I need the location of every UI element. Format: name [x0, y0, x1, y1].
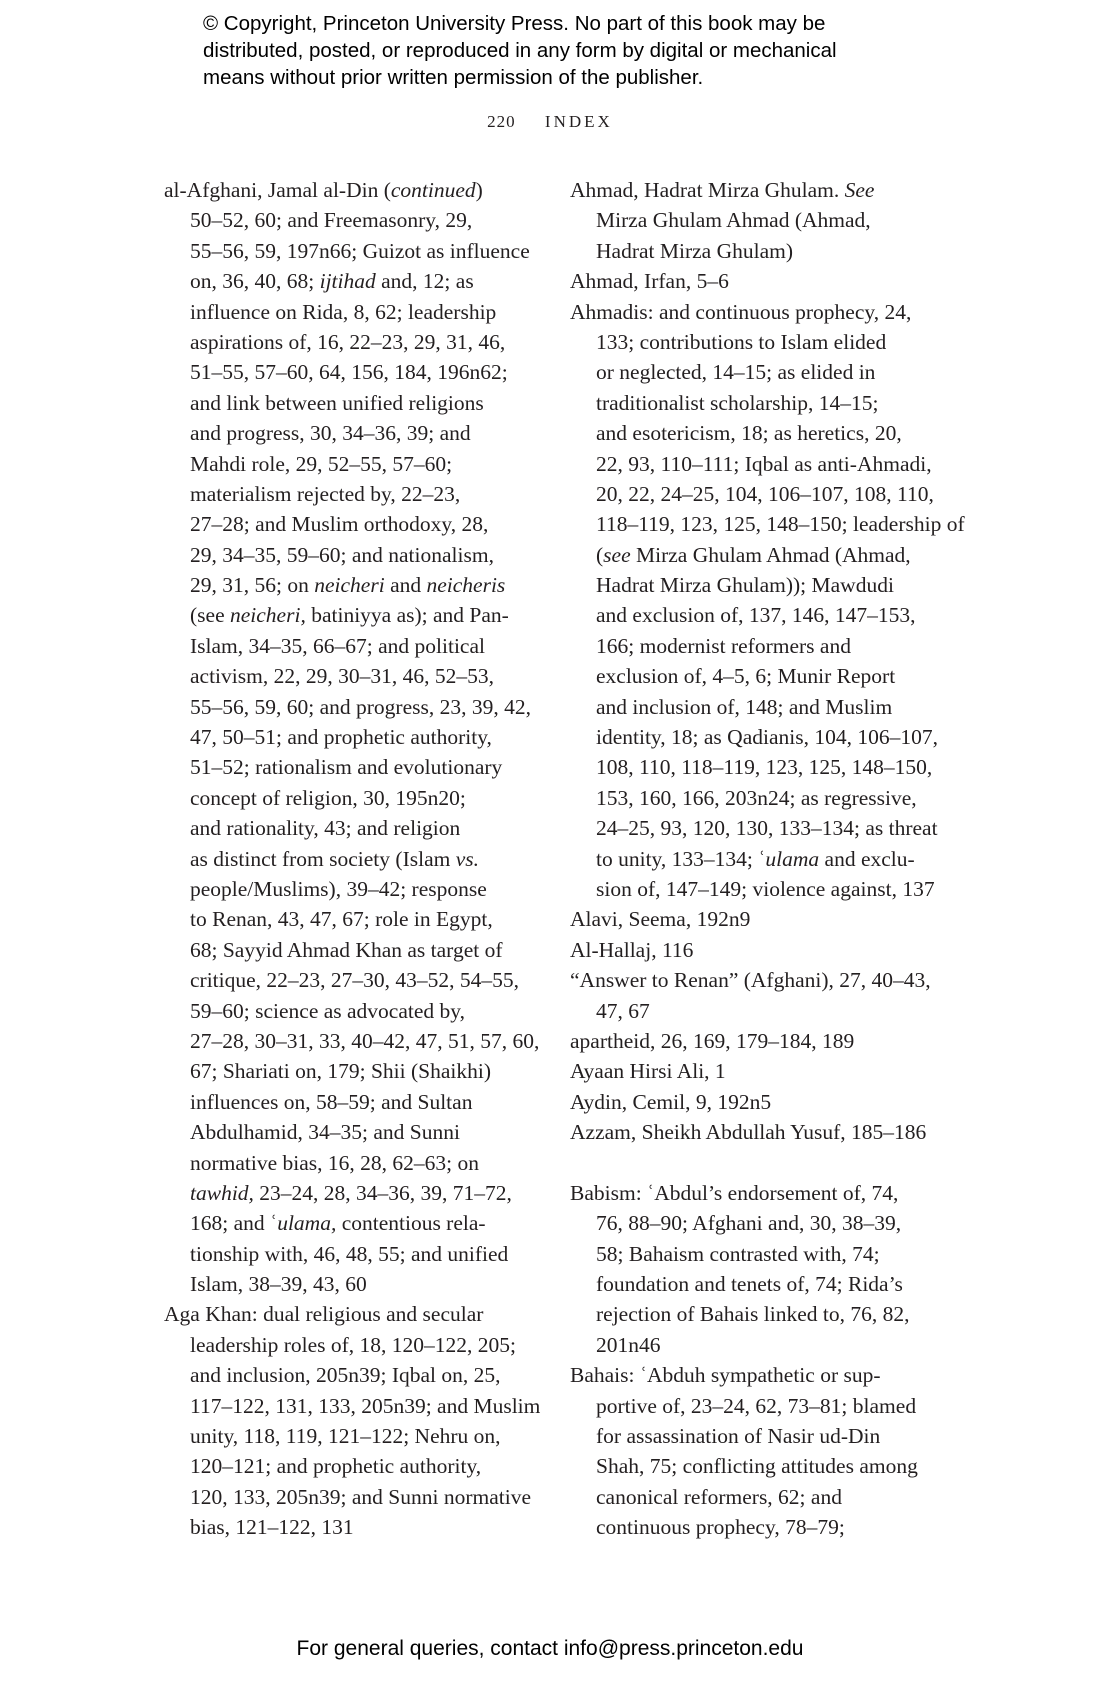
- index-entry-heading-line: Ahmadis: and continuous prophecy, 24,: [570, 297, 950, 327]
- index-entry-subline: as distinct from society (Islam vs.: [164, 844, 534, 874]
- index-entry-subline: (see Mirza Ghulam Ahmad (Ahmad,: [570, 540, 950, 570]
- index-entry: apartheid, 26, 169, 179–184, 189: [570, 1026, 950, 1056]
- index-entry-subline: identity, 18; as Qadianis, 104, 106–107,: [570, 722, 950, 752]
- index-entry-subline: 67; Shariati on, 179; Shii (Shaikhi): [164, 1056, 534, 1086]
- index-entry-subline: activism, 22, 29, 30–31, 46, 52–53,: [164, 661, 534, 691]
- index-entry-subline: 55–56, 59, 60; and progress, 23, 39, 42,: [164, 692, 534, 722]
- index-entry-subline: to unity, 133–134; ʿulama and exclu-: [570, 844, 950, 874]
- index-entry-subline: traditionalist scholarship, 14–15;: [570, 388, 950, 418]
- index-entry-subline: portive of, 23–24, 62, 73–81; blamed: [570, 1391, 950, 1421]
- copyright-notice: © Copyright, Princeton University Press.…: [203, 10, 963, 91]
- running-head: 220 INDEX: [0, 112, 1100, 132]
- index-entry-subline: materialism rejected by, 22–23,: [164, 479, 534, 509]
- index-entry-subline: Abdulhamid, 34–35; and Sunni: [164, 1117, 534, 1147]
- index-entry-subline: 120, 133, 205n39; and Sunni normative: [164, 1482, 534, 1512]
- index-entry-subline: and esotericism, 18; as heretics, 20,: [570, 418, 950, 448]
- index-entry-subline: and progress, 30, 34–36, 39; and: [164, 418, 534, 448]
- index-entry: Al-Hallaj, 116: [570, 935, 950, 965]
- index-entry-subline: Shah, 75; conflicting attitudes among: [570, 1451, 950, 1481]
- index-entry-subline: tawhid, 23–24, 28, 34–36, 39, 71–72,: [164, 1178, 534, 1208]
- index-entry-subline: continuous prophecy, 78–79;: [570, 1512, 950, 1542]
- index-entry-heading-line: Babism: ʿAbdul’s endorsement of, 74,: [570, 1178, 950, 1208]
- index-entry-subline: 108, 110, 118–119, 123, 125, 148–150,: [570, 752, 950, 782]
- index-entry: Ahmadis: and continuous prophecy, 24,133…: [570, 297, 950, 905]
- index-entry-subline: 58; Bahaism contrasted with, 74;: [570, 1239, 950, 1269]
- index-entry-subline: and inclusion, 205n39; Iqbal on, 25,: [164, 1360, 534, 1390]
- index-entry-subline: exclusion of, 4–5, 6; Munir Report: [570, 661, 950, 691]
- index-entry-subline: influences on, 58–59; and Sultan: [164, 1087, 534, 1117]
- index-entry-subline: critique, 22–23, 27–30, 43–52, 54–55,: [164, 965, 534, 995]
- index-entry-subline: leadership roles of, 18, 120–122, 205;: [164, 1330, 534, 1360]
- index-entry-subline: 117–122, 131, 133, 205n39; and Muslim: [164, 1391, 534, 1421]
- index-entry: Aga Khan: dual religious and secularlead…: [164, 1299, 534, 1542]
- index-entry-subline: 59–60; science as advocated by,: [164, 996, 534, 1026]
- index-entry-subline: 120–121; and prophetic authority,: [164, 1451, 534, 1481]
- index-entry: Bahais: ʿAbduh sympathetic or sup-portiv…: [570, 1360, 950, 1542]
- index-entry-subline: 153, 160, 166, 203n24; as regressive,: [570, 783, 950, 813]
- index-entry-subline: (see neicheri, batiniyya as); and Pan-: [164, 600, 534, 630]
- index-entry-subline: aspirations of, 16, 22–23, 29, 31, 46,: [164, 327, 534, 357]
- index-entry-subline: influence on Rida, 8, 62; leadership: [164, 297, 534, 327]
- index-entry-subline: Mirza Ghulam Ahmad (Ahmad,: [570, 205, 950, 235]
- index-entry-subline: 133; contributions to Islam elided: [570, 327, 950, 357]
- index-entry: Azzam, Sheikh Abdullah Yusuf, 185–186: [570, 1117, 950, 1147]
- index-entry-subline: Mahdi role, 29, 52–55, 57–60;: [164, 449, 534, 479]
- index-entry-subline: 20, 22, 24–25, 104, 106–107, 108, 110,: [570, 479, 950, 509]
- index-entry-subline: bias, 121–122, 131: [164, 1512, 534, 1542]
- index-entry-subline: Hadrat Mirza Ghulam)); Mawdudi: [570, 570, 950, 600]
- index-entry-subline: 118–119, 123, 125, 148–150; leadership o…: [570, 509, 950, 539]
- index-entry-heading-line: Alavi, Seema, 192n9: [570, 904, 950, 934]
- index-entry-subline: 51–52; rationalism and evolutionary: [164, 752, 534, 782]
- index-entry-subline: rejection of Bahais linked to, 76, 82,: [570, 1299, 950, 1329]
- index-entry-subline: people/Muslims), 39–42; response: [164, 874, 534, 904]
- index-entry-subline: sion of, 147–149; violence against, 137: [570, 874, 950, 904]
- index-entry-subline: 166; modernist reformers and: [570, 631, 950, 661]
- index-entry-heading-line: Al-Hallaj, 116: [570, 935, 950, 965]
- index-column-left: al-Afghani, Jamal al-Din (continued)50–5…: [164, 175, 534, 1543]
- index-entry-subline: 27–28; and Muslim orthodoxy, 28,: [164, 509, 534, 539]
- index-entry-subline: unity, 118, 119, 121–122; Nehru on,: [164, 1421, 534, 1451]
- index-entry: “Answer to Renan” (Afghani), 27, 40–43,4…: [570, 965, 950, 1026]
- index-column-right: Ahmad, Hadrat Mirza Ghulam. SeeMirza Ghu…: [570, 175, 950, 1543]
- footer-contact: For general queries, contact info@press.…: [0, 1637, 1100, 1661]
- index-entry-subline: canonical reformers, 62; and: [570, 1482, 950, 1512]
- index-entry: Alavi, Seema, 192n9: [570, 904, 950, 934]
- index-entry: Ahmad, Irfan, 5–6: [570, 266, 950, 296]
- copyright-line: © Copyright, Princeton University Press.…: [203, 10, 963, 37]
- index-entry-heading-line: Ahmad, Hadrat Mirza Ghulam. See: [570, 175, 950, 205]
- index-entry-subline: 24–25, 93, 120, 130, 133–134; as threat: [570, 813, 950, 843]
- index-entry-subline: 47, 67: [570, 996, 950, 1026]
- index-entry-subline: 29, 31, 56; on neicheri and neicheris: [164, 570, 534, 600]
- index-entry-subline: for assassination of Nasir ud-Din: [570, 1421, 950, 1451]
- letter-group-gap: [570, 1148, 950, 1178]
- index-entry-subline: 51–55, 57–60, 64, 156, 184, 196n62;: [164, 357, 534, 387]
- index-entry: Ayaan Hirsi Ali, 1: [570, 1056, 950, 1086]
- index-entry-subline: Islam, 38–39, 43, 60: [164, 1269, 534, 1299]
- index-entry-subline: foundation and tenets of, 74; Rida’s: [570, 1269, 950, 1299]
- page-number: 220: [487, 112, 516, 131]
- index-entry: Ahmad, Hadrat Mirza Ghulam. SeeMirza Ghu…: [570, 175, 950, 266]
- index-entry: Aydin, Cemil, 9, 192n5: [570, 1087, 950, 1117]
- index-entry-subline: on, 36, 40, 68; ijtihad and, 12; as: [164, 266, 534, 296]
- index-entry: Babism: ʿAbdul’s endorsement of, 74,76, …: [570, 1178, 950, 1360]
- index-entry-heading-line: Bahais: ʿAbduh sympathetic or sup-: [570, 1360, 950, 1390]
- index-entry-subline: tionship with, 46, 48, 55; and unified: [164, 1239, 534, 1269]
- index-entry-subline: 47, 50–51; and prophetic authority,: [164, 722, 534, 752]
- index-entry-heading-line: Ayaan Hirsi Ali, 1: [570, 1056, 950, 1086]
- index-entry-subline: Islam, 34–35, 66–67; and political: [164, 631, 534, 661]
- index-entry-subline: and exclusion of, 137, 146, 147–153,: [570, 600, 950, 630]
- index-entry-subline: to Renan, 43, 47, 67; role in Egypt,: [164, 904, 534, 934]
- index-entry-subline: 76, 88–90; Afghani and, 30, 38–39,: [570, 1208, 950, 1238]
- index-entry-heading-line: “Answer to Renan” (Afghani), 27, 40–43,: [570, 965, 950, 995]
- index-entry-heading-line: Aga Khan: dual religious and secular: [164, 1299, 534, 1329]
- index-entry-subline: Hadrat Mirza Ghulam): [570, 236, 950, 266]
- index-entry-subline: 50–52, 60; and Freemasonry, 29,: [164, 205, 534, 235]
- index-entry-subline: 55–56, 59, 197n66; Guizot as influence: [164, 236, 534, 266]
- index-entry-subline: 68; Sayyid Ahmad Khan as target of: [164, 935, 534, 965]
- index-entry-heading-line: Ahmad, Irfan, 5–6: [570, 266, 950, 296]
- copyright-line: distributed, posted, or reproduced in an…: [203, 37, 963, 64]
- index-entry-subline: 27–28, 30–31, 33, 40–42, 47, 51, 57, 60,: [164, 1026, 534, 1056]
- index-entry-subline: normative bias, 16, 28, 62–63; on: [164, 1148, 534, 1178]
- index-entry-subline: 201n46: [570, 1330, 950, 1360]
- index-entry-subline: and rationality, 43; and religion: [164, 813, 534, 843]
- copyright-line: means without prior written permission o…: [203, 64, 963, 91]
- index-entry-subline: 29, 34–35, 59–60; and nationalism,: [164, 540, 534, 570]
- index-entry-subline: concept of religion, 30, 195n20;: [164, 783, 534, 813]
- index-entry-subline: 22, 93, 110–111; Iqbal as anti-Ahmadi,: [570, 449, 950, 479]
- index-entry-heading-line: al-Afghani, Jamal al-Din (continued): [164, 175, 534, 205]
- index-entry-subline: and inclusion of, 148; and Muslim: [570, 692, 950, 722]
- index-entry-subline: 168; and ʿulama, contentious rela-: [164, 1208, 534, 1238]
- index-entry-subline: and link between unified religions: [164, 388, 534, 418]
- index-entry: al-Afghani, Jamal al-Din (continued)50–5…: [164, 175, 534, 1299]
- index-entry-subline: or neglected, 14–15; as elided in: [570, 357, 950, 387]
- index-entry-heading-line: Azzam, Sheikh Abdullah Yusuf, 185–186: [570, 1117, 950, 1147]
- section-title: INDEX: [545, 112, 613, 131]
- index-entry-heading-line: Aydin, Cemil, 9, 192n5: [570, 1087, 950, 1117]
- index-entry-heading-line: apartheid, 26, 169, 179–184, 189: [570, 1026, 950, 1056]
